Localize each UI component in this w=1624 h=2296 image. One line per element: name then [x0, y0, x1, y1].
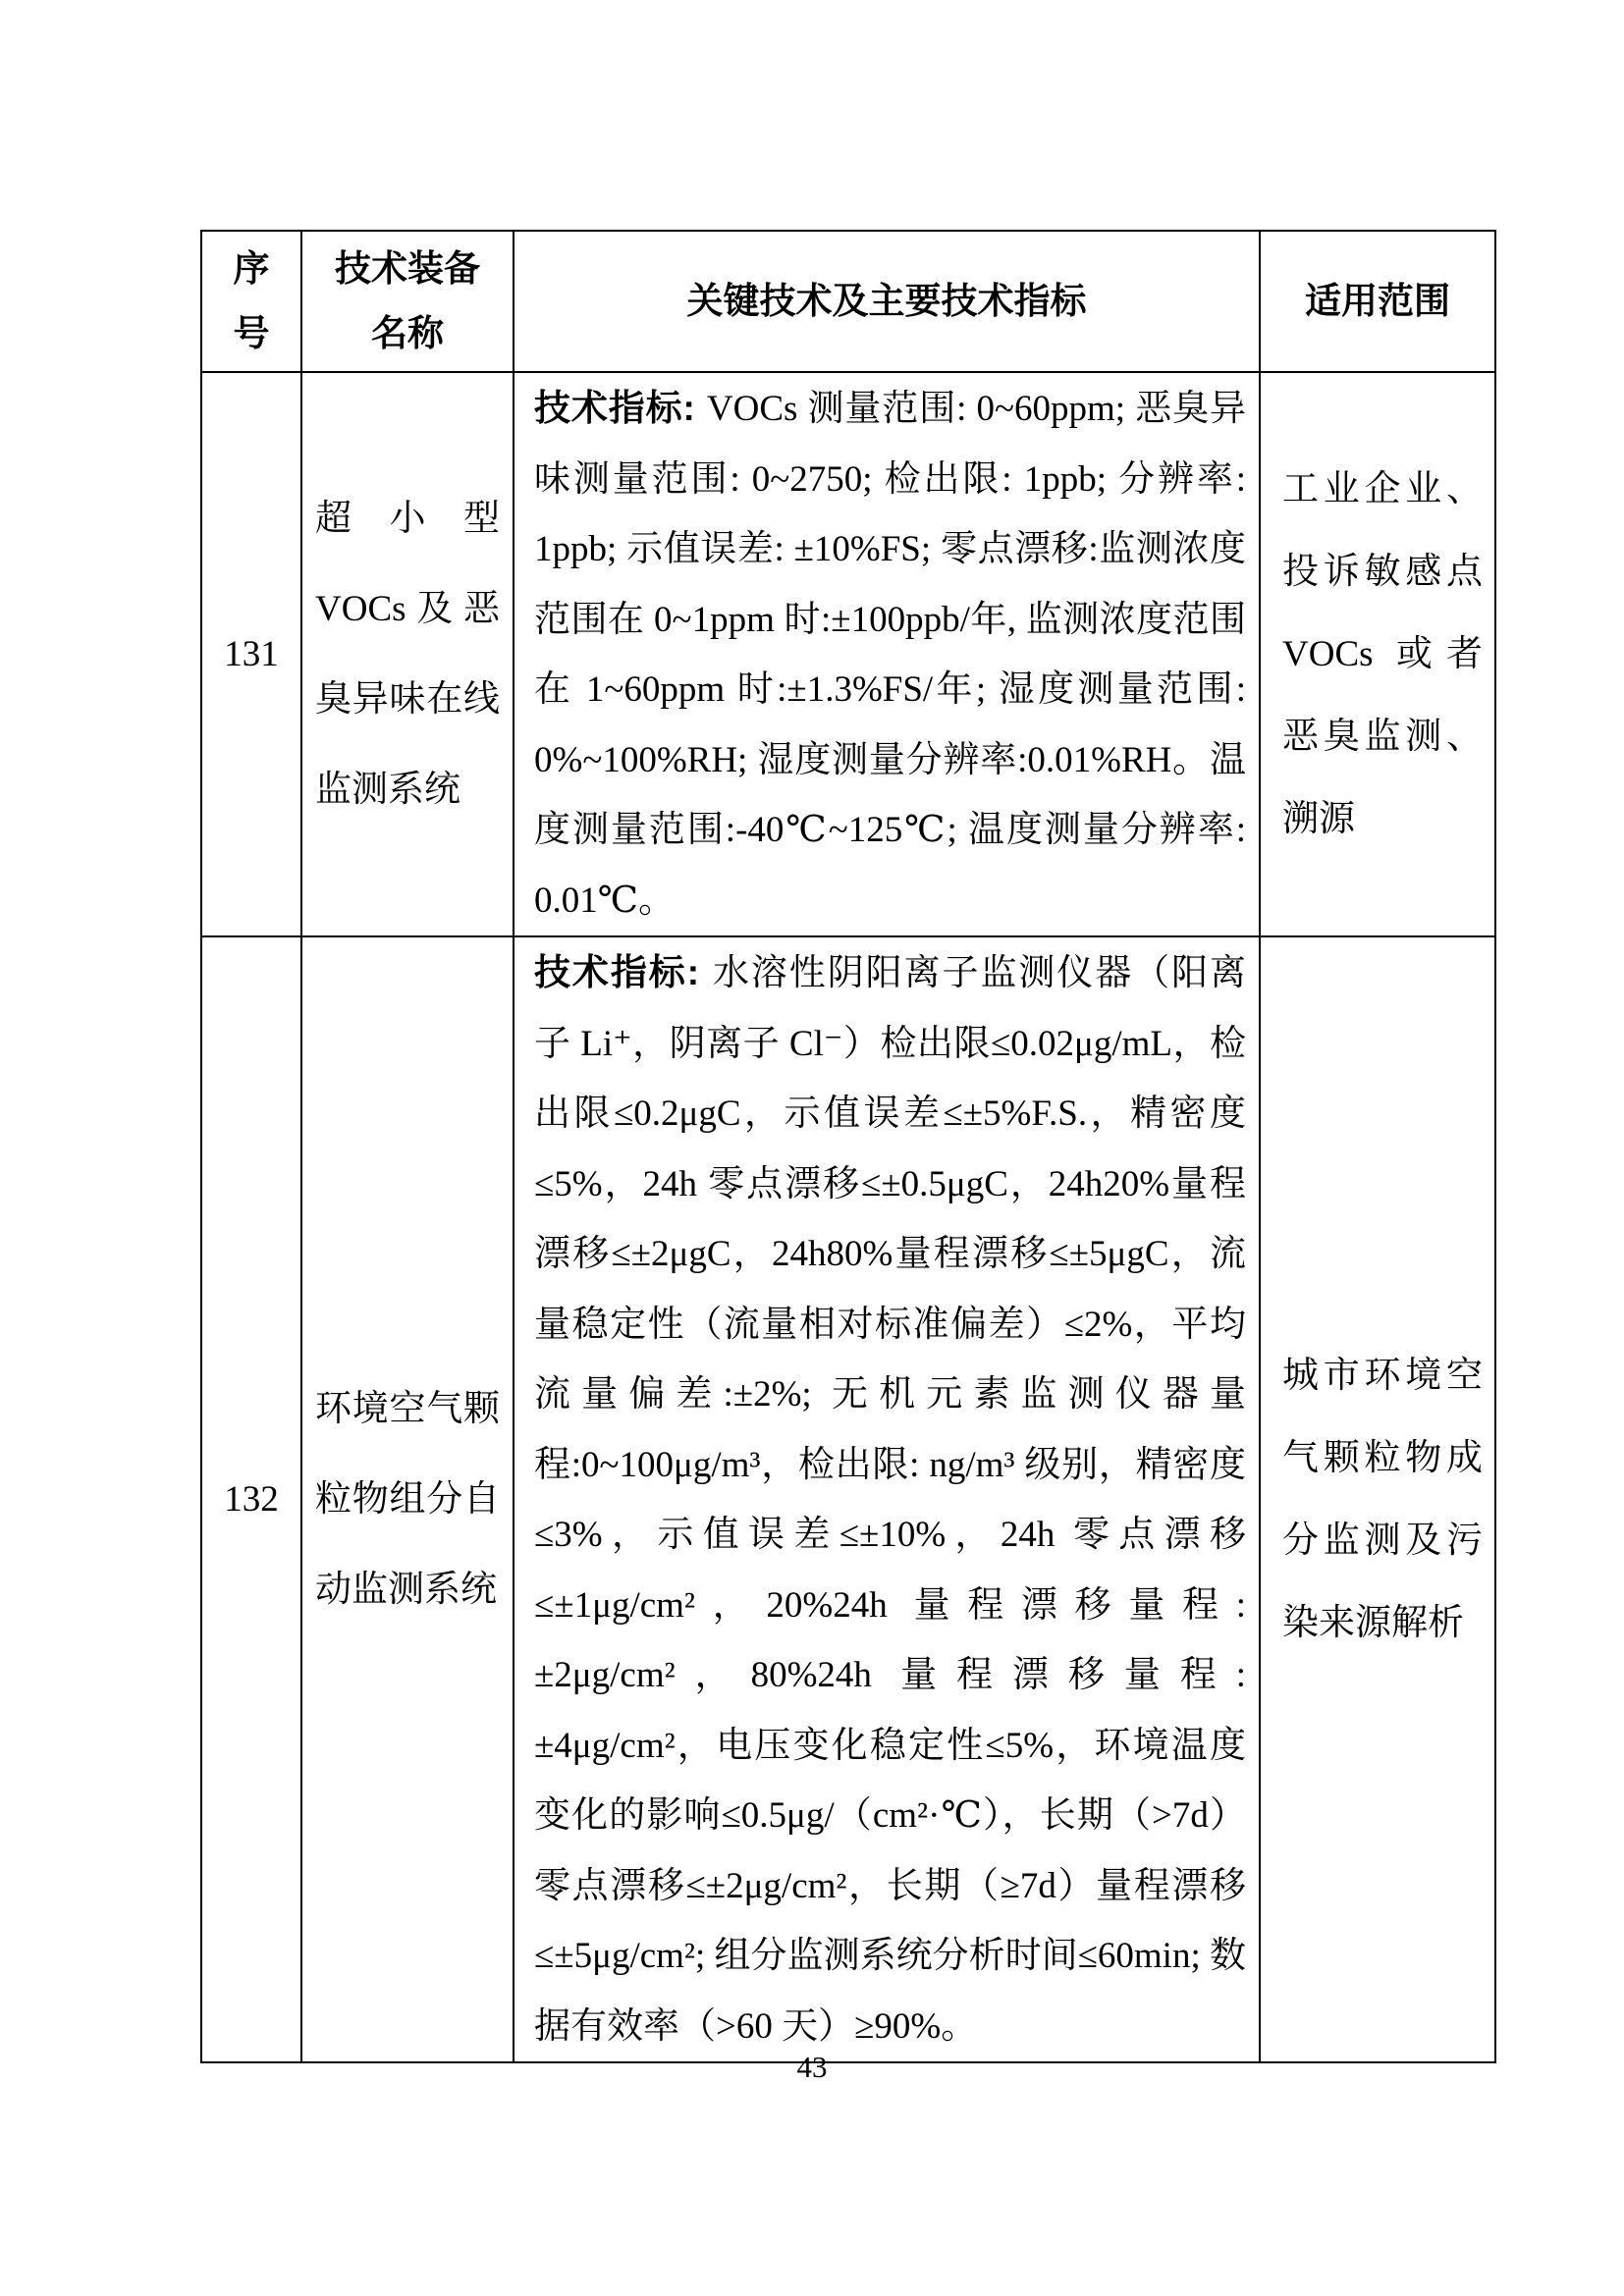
- equipment-name: 环境空气颗粒物组分自动监测系统: [301, 936, 514, 2062]
- table-header-row: 序 号 技术装备 名称 关键技术及主要技术指标 适用范围: [201, 231, 1495, 372]
- document-page: 序 号 技术装备 名称 关键技术及主要技术指标 适用范围 131 超小型VOCs…: [0, 0, 1624, 2296]
- row-serial-number: 132: [201, 936, 301, 2062]
- tech-indicators-label: 技术指标:: [534, 388, 695, 428]
- page-number: 43: [0, 2048, 1624, 2087]
- tech-indicators-text: 水溶性阴阳离子监测仪器（阳离子 Li⁺，阴离子 Cl⁻）检出限≤0.02μg/m…: [534, 953, 1246, 2047]
- tech-indicators-cell: 技术指标:水溶性阴阳离子监测仪器（阳离子 Li⁺，阴离子 Cl⁻）检出限≤0.0…: [514, 936, 1260, 2062]
- header-serial-number: 序 号: [201, 231, 301, 372]
- applicable-scope: 工业企业、投诉敏感点 VOCs 或者恶臭监测、溯源: [1260, 372, 1495, 936]
- table-row: 131 超小型VOCs及恶臭异味在线监测系统 技术指标:VOCs 测量范围: 0…: [201, 372, 1495, 936]
- applicable-scope: 城市环境空气颗粒物成分监测及污染来源解析: [1260, 936, 1495, 2062]
- header-equipment-name: 技术装备 名称: [301, 231, 514, 372]
- header-key-tech-indicators: 关键技术及主要技术指标: [514, 231, 1260, 372]
- equipment-table: 序 号 技术装备 名称 关键技术及主要技术指标 适用范围 131 超小型VOCs…: [200, 230, 1496, 2063]
- tech-indicators-cell: 技术指标:VOCs 测量范围: 0~60ppm; 恶臭异味测量范围: 0~275…: [514, 372, 1260, 936]
- header-applicable-scope: 适用范围: [1260, 231, 1495, 372]
- table-row: 132 环境空气颗粒物组分自动监测系统 技术指标:水溶性阴阳离子监测仪器（阳离子…: [201, 936, 1495, 2062]
- row-serial-number: 131: [201, 372, 301, 936]
- tech-indicators-label: 技术指标:: [534, 952, 699, 992]
- equipment-name: 超小型VOCs及恶臭异味在线监测系统: [301, 372, 514, 936]
- tech-indicators-text: VOCs 测量范围: 0~60ppm; 恶臭异味测量范围: 0~2750; 检出…: [534, 389, 1246, 921]
